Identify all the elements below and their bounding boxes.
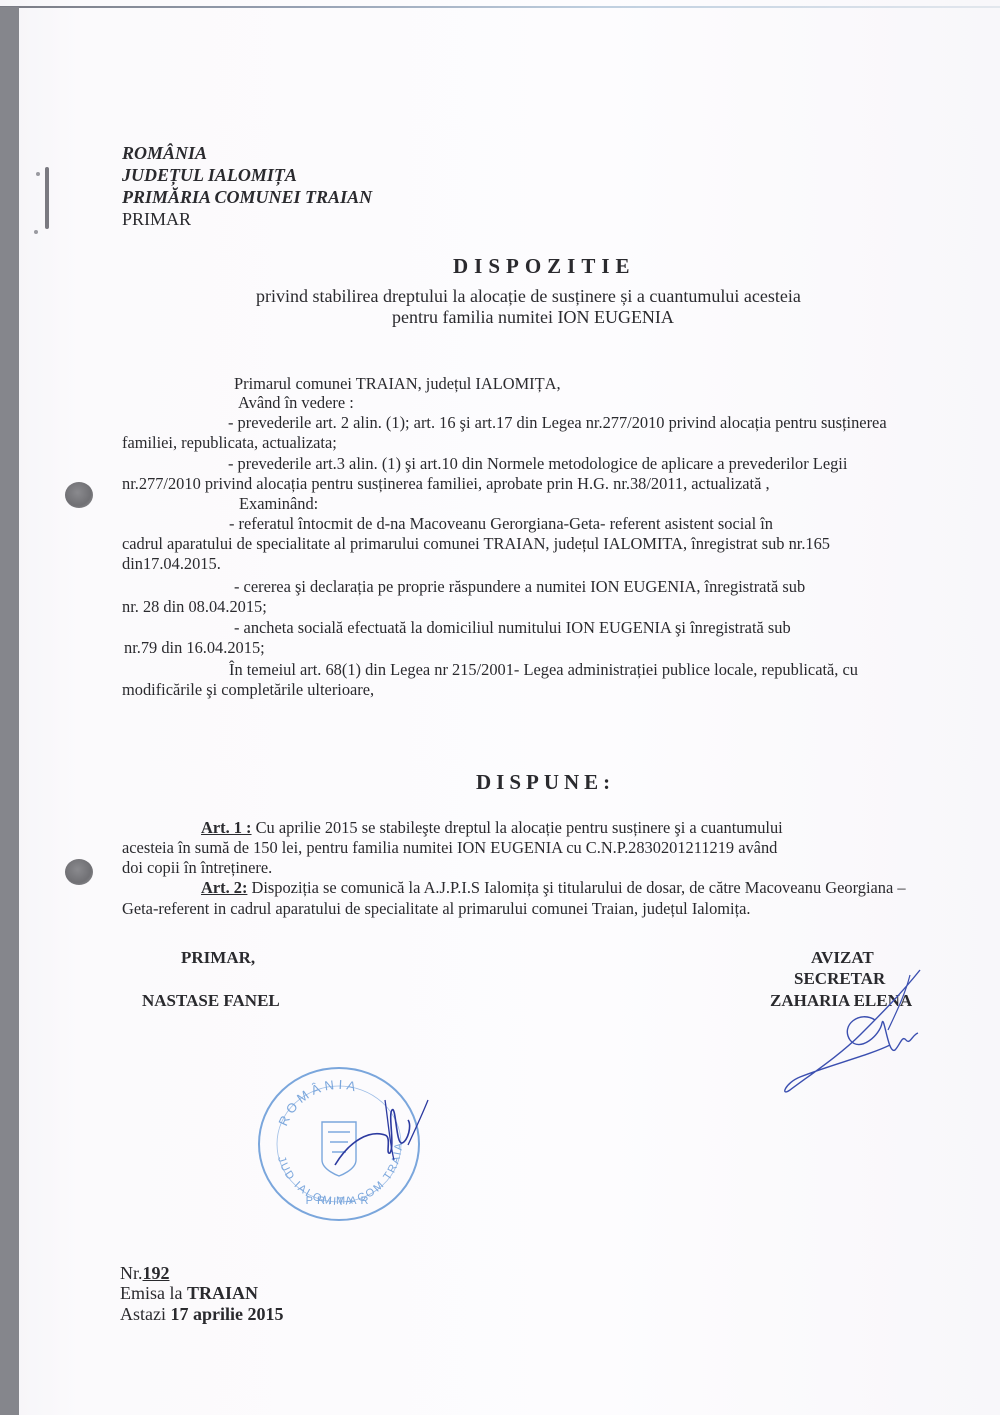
staple-mark <box>45 167 49 229</box>
scan-edge-line <box>0 6 1000 8</box>
reference-1-line2: familiei, republicata, actualizata; <box>122 433 337 453</box>
article-1-label: Art. 1 : <box>201 818 252 837</box>
mayor-name: NASTASE FANEL <box>142 991 280 1011</box>
header-office: PRIMAR <box>122 209 191 230</box>
reference-2-line2: nr.277/2010 privind alocația pentru susț… <box>122 474 770 494</box>
document-subtitle-line2: pentru familia numitei ION EUGENIA <box>392 307 674 328</box>
decision-number: Nr.192 <box>120 1263 170 1284</box>
preamble-having-regard: Având în vedere : <box>238 393 354 413</box>
punch-hole-bottom <box>65 859 93 885</box>
secretary-name: ZAHARIA ELENA <box>770 991 912 1011</box>
header-institution: PRIMĂRIA COMUNEI TRAIAN <box>122 187 372 208</box>
header-county: JUDEȚUL IALOMIȚA <box>122 165 297 186</box>
dispositive-heading: DISPUNE: <box>476 772 615 792</box>
issued-place-label: Emisa la <box>120 1283 187 1303</box>
examined-doc-2-line2: nr. 28 din 08.04.2015; <box>122 597 267 617</box>
decision-number-value: 192 <box>143 1263 170 1283</box>
preamble-intro: Primarul comunei TRAIAN, județul IALOMIȚ… <box>234 374 561 394</box>
svg-text:PRIMAR: PRIMAR <box>306 1195 373 1207</box>
decision-number-label: Nr. <box>120 1263 143 1283</box>
secretary-title: SECRETAR <box>794 969 885 989</box>
preamble-examining: Examinând: <box>239 494 318 514</box>
article-1-line3: doi copii în întreținere. <box>122 858 272 878</box>
document-subtitle-line1: privind stabilirea dreptului la alocație… <box>256 286 801 307</box>
reference-1-line1: - prevederile art. 2 alin. (1); art. 16 … <box>228 413 887 433</box>
examined-doc-1-line2: cadrul aparatului de specialitate al pri… <box>122 534 830 554</box>
article-2-text: Dispoziția se comunică la A.J.P.I.S Ialo… <box>247 878 905 897</box>
approval-label: AVIZAT <box>811 948 874 968</box>
examined-doc-1-line3: din17.04.2015. <box>122 554 221 574</box>
issued-place-value: TRAIAN <box>187 1283 258 1303</box>
article-1-line1: Art. 1 : Cu aprilie 2015 se stabileşte d… <box>201 818 783 838</box>
scanner-margin-strip <box>0 7 19 1415</box>
issued-place: Emisa la TRAIAN <box>120 1283 258 1304</box>
legal-basis-line1: În temeiul art. 68(1) din Legea nr 215/2… <box>229 660 858 680</box>
issue-date: Astazi 17 aprilie 2015 <box>120 1304 283 1325</box>
document-title: DISPOZITIE <box>453 256 636 276</box>
article-2-line2: Geta-referent in cadrul aparatului de sp… <box>122 899 751 919</box>
mayor-title: PRIMAR, <box>181 948 255 968</box>
article-2-label: Art. 2: <box>201 878 247 897</box>
staple-dot <box>34 230 38 234</box>
examined-doc-1-line1: - referatul întocmit de d-na Macoveanu G… <box>229 514 773 534</box>
staple-dot <box>36 172 40 176</box>
punch-hole-top <box>65 482 93 508</box>
legal-basis-line2: modificările şi completările ulterioare, <box>122 680 374 700</box>
official-stamp: ROMÂNIA JUD IALOMITA COM TRAIAN PRIMAR <box>254 1062 424 1222</box>
header-country: ROMÂNIA <box>122 143 207 164</box>
issue-date-label: Astazi <box>120 1304 170 1324</box>
article-1-line2: acesteia în sumă de 150 lei, pentru fami… <box>122 838 777 858</box>
issue-date-value: 17 aprilie 2015 <box>170 1304 283 1324</box>
article-1-text: Cu aprilie 2015 se stabileşte dreptul la… <box>252 818 783 837</box>
reference-2-line1: - prevederile art.3 alin. (1) şi art.10 … <box>228 454 847 474</box>
scanned-document-page: ROMÂNIA JUDEȚUL IALOMIȚA PRIMĂRIA COMUNE… <box>0 0 1000 1415</box>
article-2-line1: Art. 2: Dispoziția se comunică la A.J.P.… <box>201 878 906 898</box>
examined-doc-3-line2: nr.79 din 16.04.2015; <box>124 638 265 658</box>
examined-doc-2-line1: - cererea şi declarația pe proprie răspu… <box>234 577 805 597</box>
examined-doc-3-line1: - ancheta socială efectuată la domiciliu… <box>234 618 791 638</box>
